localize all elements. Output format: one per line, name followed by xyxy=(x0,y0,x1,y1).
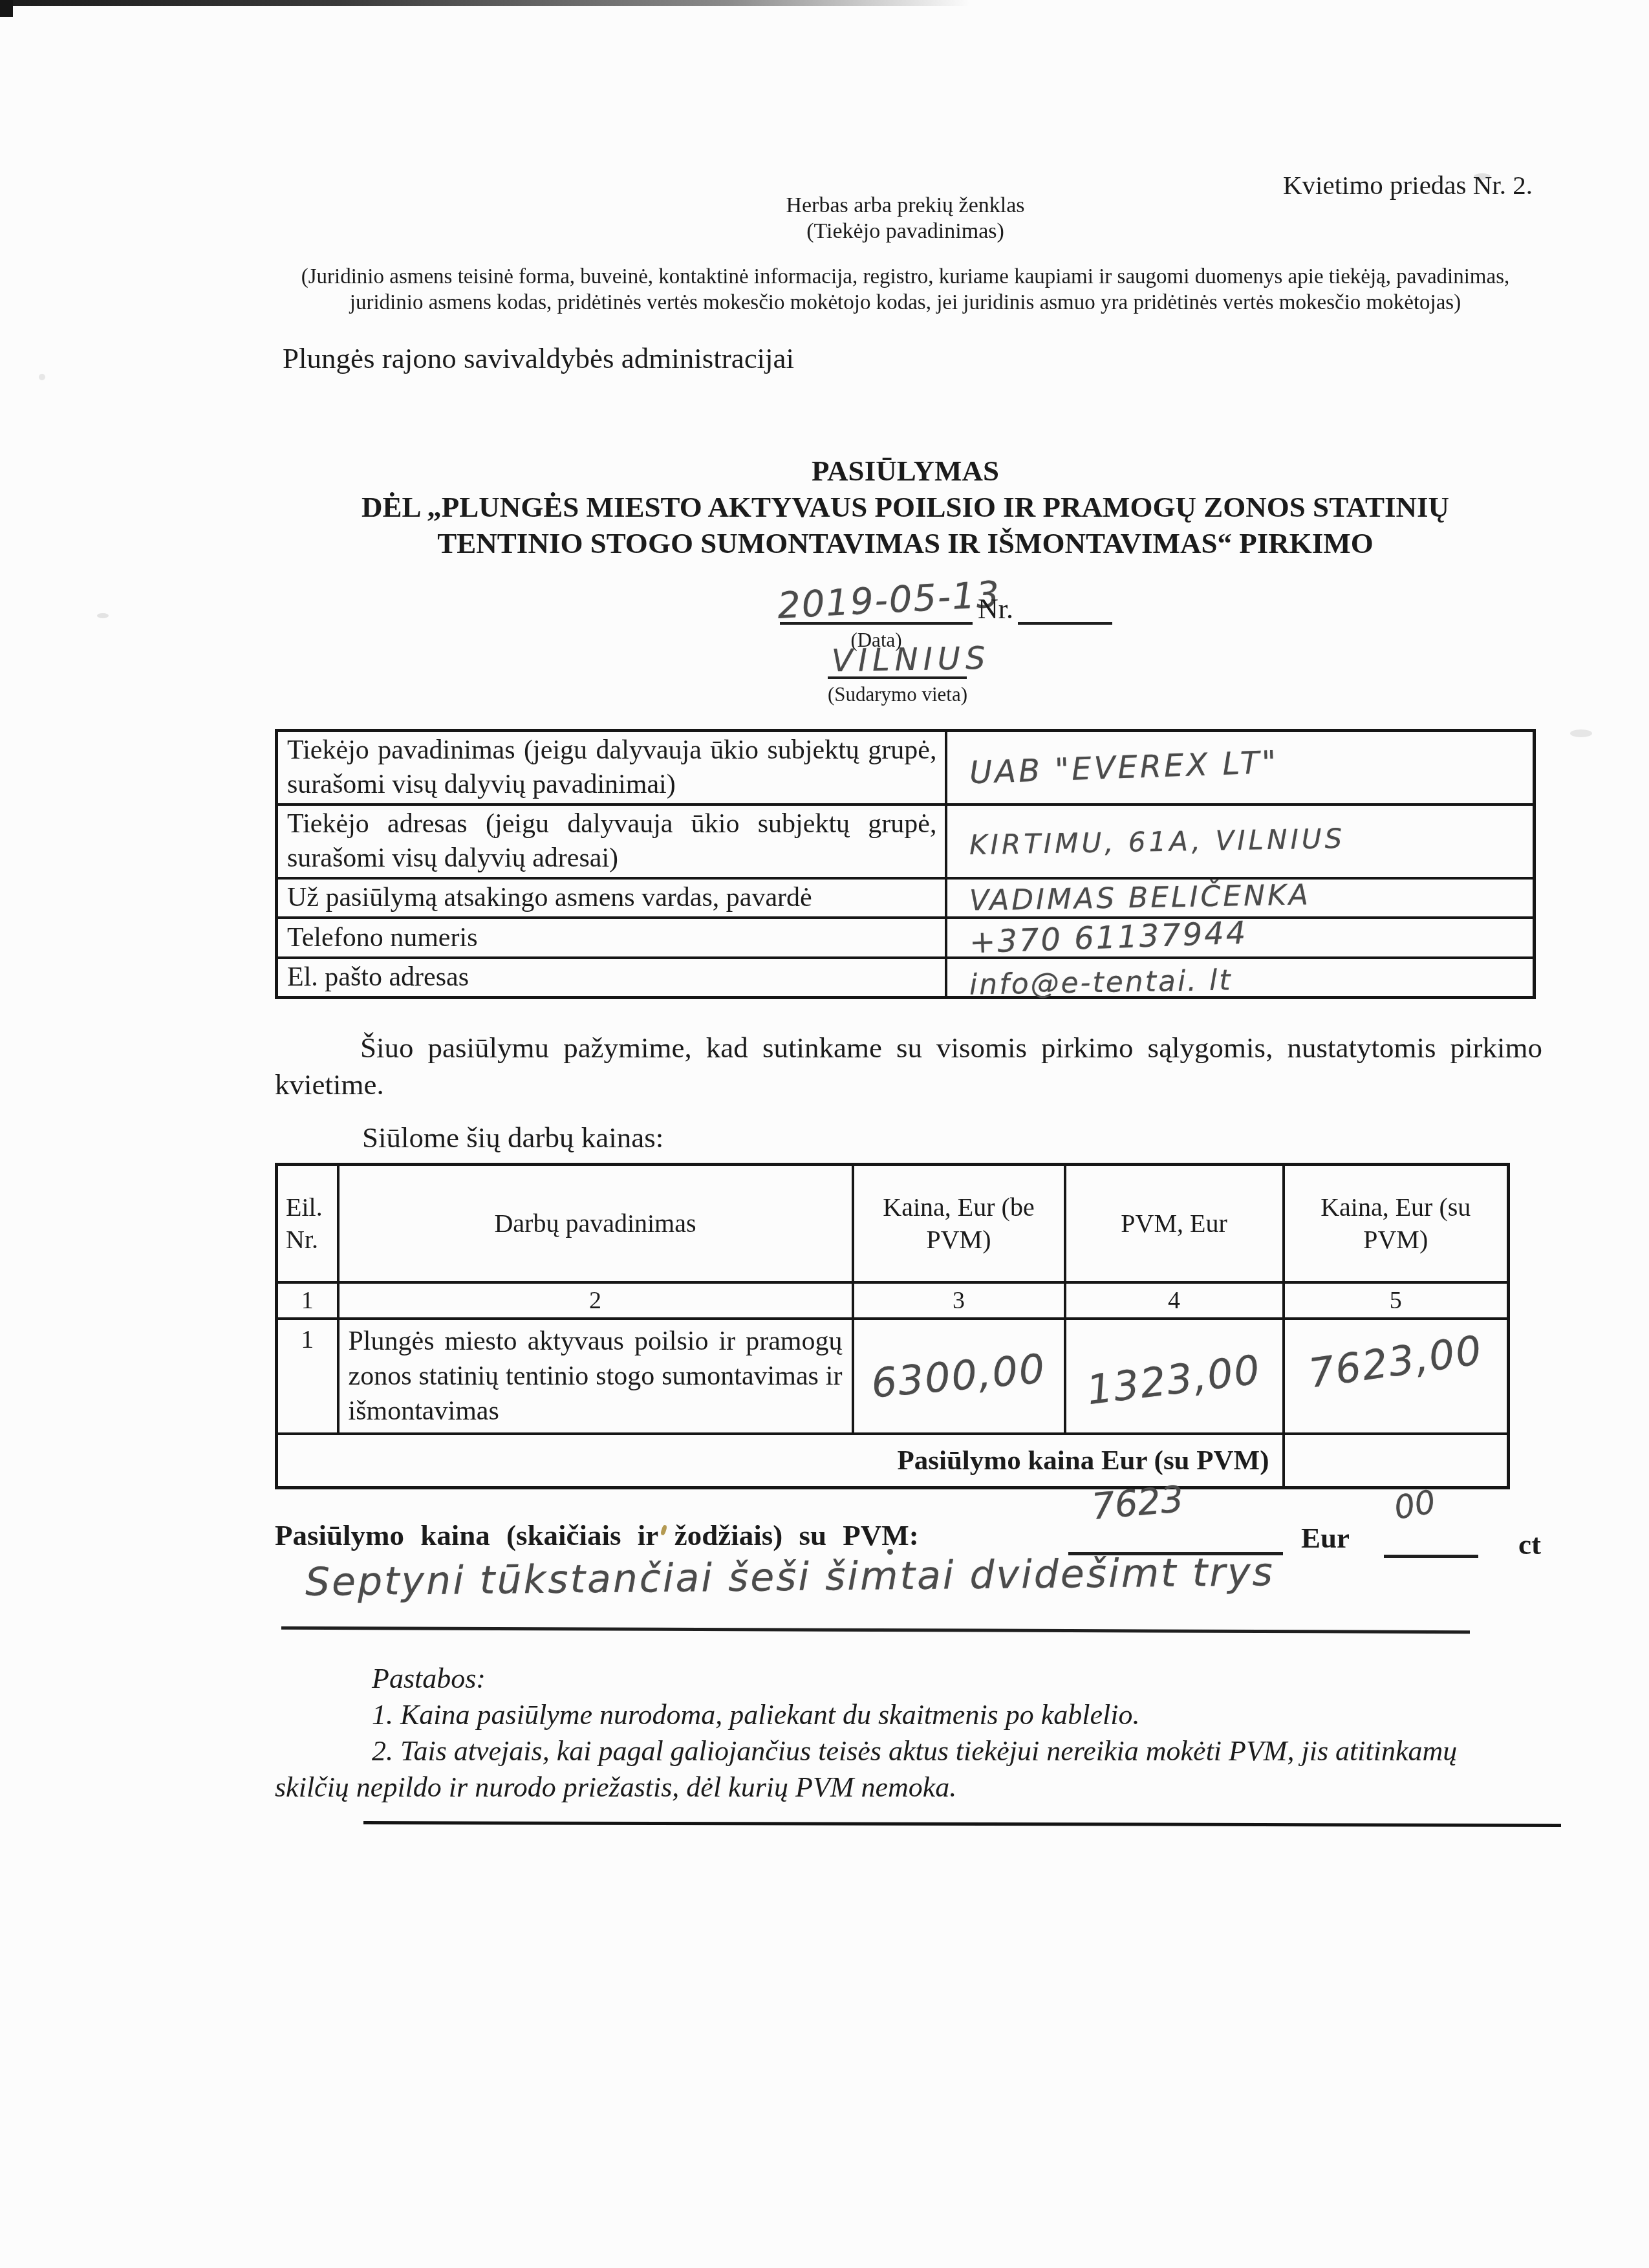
total-amount-label: Pasiūlymo kaina (skaičiais ir žodžiais) … xyxy=(275,1518,919,1552)
price-table: Eil. Nr. Darbų pavadinimas Kaina, Eur (b… xyxy=(275,1163,1510,1489)
col-number: 3 xyxy=(853,1282,1065,1319)
document-title: PASIŪLYMAS DĖL „PLUNGĖS MIESTO AKTYVAUS … xyxy=(275,453,1536,561)
table-row: Tiekėjo pavadinimas (jeigu dalyvauja ūki… xyxy=(277,731,1535,805)
legal-form-note: (Juridinio asmens teisinė forma, buveinė… xyxy=(275,264,1536,316)
col-number: 1 xyxy=(277,1282,338,1319)
letterhead-line2: (Tiekėjo pavadinimas) xyxy=(275,219,1536,244)
supplier-name-label: Tiekėjo pavadinimas (jeigu dalyvauja ūki… xyxy=(277,731,946,805)
phone-cell: +370 61137944 xyxy=(946,918,1535,958)
title-line3: TENTINIO STOGO SUMONTAVIMAS IR IŠMONTAVI… xyxy=(275,525,1536,561)
scan-artifact-top-edge xyxy=(0,0,970,6)
handwritten-price-no-vat: 6300,00 xyxy=(870,1345,1048,1407)
place-underline xyxy=(828,676,967,679)
col-header-price-with-vat: Kaina, Eur (su PVM) xyxy=(1284,1165,1509,1282)
col-header-eil-nr: Eil. Nr. xyxy=(277,1165,338,1282)
scan-artifact-corner xyxy=(0,0,13,17)
supplier-address-cell: KIRTIMU, 61A, VILNIUS xyxy=(946,805,1535,878)
addressee-line: Plungės rajono savivaldybės administraci… xyxy=(283,341,794,375)
total-price-label: Pasiūlymo kaina Eur (su PVM) xyxy=(277,1434,1284,1488)
col-header-work-name: Darbų pavadinimas xyxy=(338,1165,853,1282)
email-label: El. pašto adresas xyxy=(277,958,946,998)
scan-speck xyxy=(39,374,45,380)
note-item-2: 2. Tais atvejais, kai pagal galiojančius… xyxy=(275,1733,1478,1806)
handwritten-supplier-address: KIRTIMU, 61A, VILNIUS xyxy=(969,822,1345,860)
col-number: 4 xyxy=(1065,1282,1284,1319)
total-price-empty-cell xyxy=(1284,1434,1509,1488)
phone-label: Telefono numeris xyxy=(277,918,946,958)
cents-underline xyxy=(1384,1555,1478,1558)
vat-cell: 1323,00 xyxy=(1065,1319,1284,1434)
table-row: Tiekėjo adresas (jeigu dalyvauja ūkio su… xyxy=(277,805,1535,878)
eur-label: Eur xyxy=(1301,1521,1350,1555)
table-row: El. pašto adresas info@e-tentai. lt xyxy=(277,958,1535,998)
amount-words-underline xyxy=(281,1626,1470,1634)
agreement-paragraph: Šiuo pasiūlymu pažymime, kad sutinkame s… xyxy=(275,1030,1542,1103)
column-number-row: 1 2 3 4 5 xyxy=(277,1282,1509,1319)
notes-title: Pastabos: xyxy=(275,1661,1478,1697)
price-no-vat-cell: 6300,00 xyxy=(853,1319,1065,1434)
responsible-person-label: Už pasiūlymą atsakingo asmens vardas, pa… xyxy=(277,878,946,918)
supplier-name-cell: UAB "EVEREX LT" xyxy=(946,731,1535,805)
note-item-1: 1. Kaina pasiūlyme nurodoma, paliekant d… xyxy=(275,1697,1478,1733)
col-header-vat: PVM, Eur xyxy=(1065,1165,1284,1282)
work-name-cell: Plungės miesto aktyvaus poilsio ir pramo… xyxy=(338,1319,853,1434)
col-number: 2 xyxy=(338,1282,853,1319)
date-underline xyxy=(780,622,973,625)
handwritten-email: info@e-tentai. lt xyxy=(969,964,1232,1001)
price-table-header-row: Eil. Nr. Darbų pavadinimas Kaina, Eur (b… xyxy=(277,1165,1509,1282)
scan-speck xyxy=(1570,729,1592,737)
handwritten-supplier-name: UAB "EVEREX LT" xyxy=(969,744,1279,792)
col-number: 5 xyxy=(1284,1282,1509,1319)
table-row: Telefono numeris +370 61137944 xyxy=(277,918,1535,958)
handwritten-total-digits: 7623 xyxy=(1090,1478,1185,1528)
place-caption: (Sudarymo vieta) xyxy=(781,683,1014,706)
title-line1: PASIŪLYMAS xyxy=(275,453,1536,489)
price-table-data-row: 1 Plungės miesto aktyvaus poilsio ir pra… xyxy=(277,1319,1509,1434)
col-header-price-no-vat: Kaina, Eur (be PVM) xyxy=(853,1165,1065,1282)
handwritten-person-name: VADIMAS BELIČENKA xyxy=(969,878,1311,917)
handwritten-cents: 00 xyxy=(1391,1483,1438,1527)
prices-intro: Siūlome šių darbų kainas: xyxy=(362,1121,663,1154)
handwritten-amount-in-words: Septyni tūkstančiai šeši šimtai dvidešim… xyxy=(305,1550,1275,1605)
price-table-total-row: Pasiūlymo kaina Eur (su PVM) xyxy=(277,1434,1509,1488)
ct-label: ct xyxy=(1518,1528,1541,1561)
supplier-info-table: Tiekėjo pavadinimas (jeigu dalyvauja ūki… xyxy=(275,729,1536,999)
notes-section: Pastabos: 1. Kaina pasiūlyme nurodoma, p… xyxy=(275,1661,1478,1806)
handwritten-price-with-vat: 7623,00 xyxy=(1306,1326,1485,1398)
signature-rule xyxy=(363,1821,1561,1827)
row-number-cell: 1 xyxy=(277,1319,338,1434)
nr-label: Nr. xyxy=(978,592,1013,625)
email-cell: info@e-tentai. lt xyxy=(946,958,1535,998)
scan-speck xyxy=(97,613,109,618)
handwritten-vat: 1323,00 xyxy=(1084,1346,1264,1414)
handwritten-phone: +370 61137944 xyxy=(969,915,1248,961)
title-line2: DĖL „PLUNGĖS MIESTO AKTYVAUS POILSIO IR … xyxy=(275,489,1536,525)
letterhead-placeholder: Herbas arba prekių ženklas (Tiekėjo pava… xyxy=(275,193,1536,244)
responsible-person-cell: VADIMAS BELIČENKA xyxy=(946,878,1535,918)
table-row: Už pasiūlymą atsakingo asmens vardas, pa… xyxy=(277,878,1535,918)
scanned-proposal-document: Kvietimo priedas Nr. 2. Herbas arba prek… xyxy=(0,0,1649,2268)
handwritten-place: VILNIUS xyxy=(832,640,991,679)
price-with-vat-cell: 7623,00 xyxy=(1284,1319,1509,1434)
letterhead-line1: Herbas arba prekių ženklas xyxy=(275,193,1536,219)
supplier-address-label: Tiekėjo adresas (jeigu dalyvauja ūkio su… xyxy=(277,805,946,878)
nr-blank-underline xyxy=(1018,622,1112,625)
handwritten-date: 2019-05-13 xyxy=(777,574,1002,627)
